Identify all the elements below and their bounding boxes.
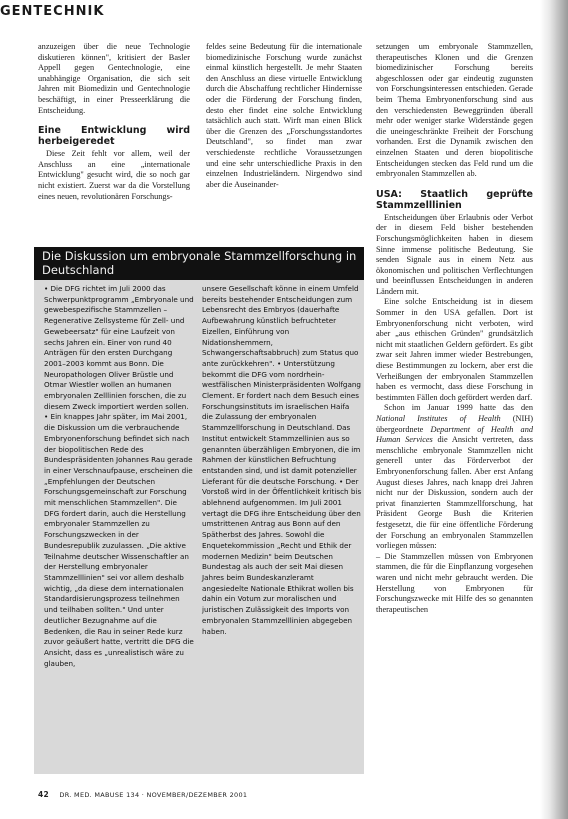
paragraph: setzungen um embryonale Stammzellen, the… [376, 42, 533, 180]
paragraph: – Die Stammzellen müssen von Embryonen s… [376, 552, 533, 616]
page-number: 42 [38, 790, 49, 799]
running-head: GENTECHNIK [0, 4, 104, 19]
paragraph: feldes seine Bedeutung für die internati… [206, 42, 362, 190]
page-edge-shadow [540, 0, 568, 819]
paragraph: anzuzeigen über die neue Technologie dis… [38, 42, 190, 116]
publication-info: DR. MED. MABUSE 134 · NOVEMBER/DEZEMBER … [59, 791, 247, 799]
article-column-2: feldes seine Bedeutung für die internati… [206, 42, 362, 190]
text-run: die Ansicht vertreten, dass menschliche … [376, 435, 533, 550]
text-run: Schon im Januar 1999 hatte das den [384, 403, 533, 412]
sidebar-box-title: Die Diskussion um embryonale Stammzellfo… [34, 247, 364, 280]
section-heading: USA: Staatlich geprüfte Stammzelllinien [376, 189, 533, 211]
paragraph: Eine solche Entscheidung ist in diesem S… [376, 297, 533, 403]
paragraph: Diese Zeit fehlt vor allem, weil der Ans… [38, 149, 190, 202]
sidebar-box-column-1: • Die DFG richtet im Juli 2000 das Schwe… [44, 284, 194, 669]
article-column-3: setzungen um embryonale Stammzellen, the… [376, 42, 533, 615]
box-text: • Die DFG richtet im Juli 2000 das Schwe… [44, 284, 194, 669]
paragraph: Schon im Januar 1999 hatte das den Natio… [376, 403, 533, 551]
sidebar-box-column-2: unsere Gesellschaft könne in einem Umfel… [202, 284, 362, 637]
section-heading: Eine Entwicklung wird herbeigeredet [38, 125, 190, 147]
paragraph: Entscheidungen über Erlaubnis oder Verbo… [376, 213, 533, 298]
italic-run: National Institutes of Health [376, 414, 501, 423]
article-column-1: anzuzeigen über die neue Technologie dis… [38, 42, 190, 202]
box-text: unsere Gesellschaft könne in einem Umfel… [202, 284, 362, 637]
page-footer: 42 DR. MED. MABUSE 134 · NOVEMBER/DEZEMB… [38, 790, 247, 799]
